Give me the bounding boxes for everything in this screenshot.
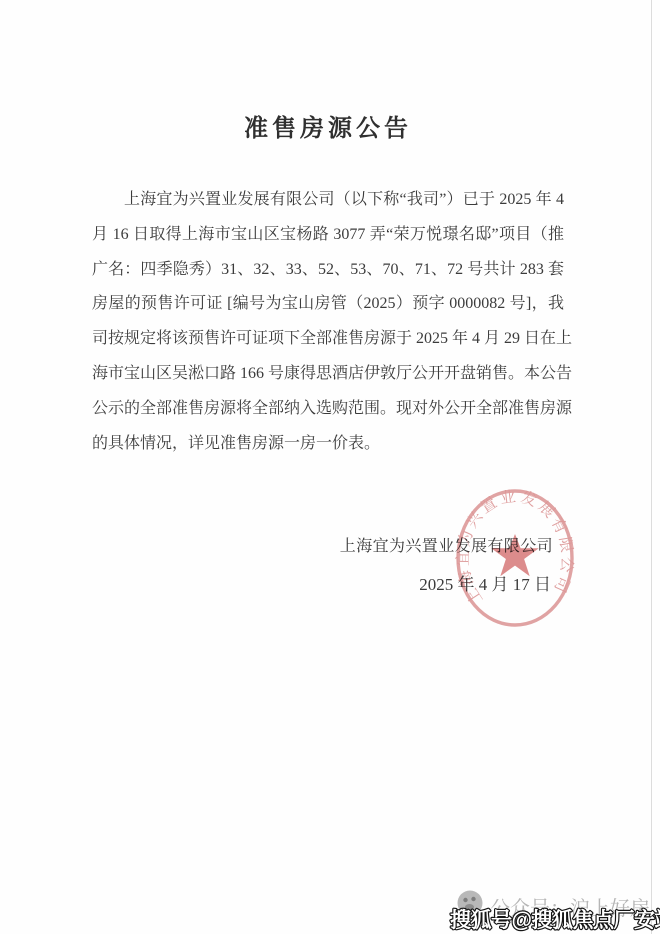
document-date: 2025 年 4 月 17 日 bbox=[419, 570, 551, 595]
body-line: 的具体情况，详见准售房源一房一价表。 bbox=[92, 427, 564, 462]
company-seal-stamp: 上海宜为兴置业发展有限公司 bbox=[440, 478, 590, 643]
body-line: 广名：四季隐秀）31、32、33、52、53、70、71、72 号共计 283 … bbox=[92, 253, 564, 288]
body-line: 房屋的预售许可证 [编号为宝山房管（2025）预字 0000082 号]，我 bbox=[92, 287, 564, 322]
seal-ring bbox=[458, 491, 572, 625]
scanned-document-page: 准售房源公告 上海宜为兴置业发展有限公司（以下称“我司”）已于 2025 年 4… bbox=[0, 0, 660, 934]
body-line: 上海宜为兴置业发展有限公司（以下称“我司”）已于 2025 年 4 bbox=[92, 183, 564, 218]
document-body: 上海宜为兴置业发展有限公司（以下称“我司”）已于 2025 年 4 月 16 日… bbox=[92, 183, 564, 461]
body-line: 司按规定将该预售许可证项下全部准售房源于 2025 年 4 月 29 日在上 bbox=[92, 322, 564, 357]
scan-page-edge-line bbox=[651, 0, 652, 934]
body-line: 海市宝山区吴淞口路 166 号康得思酒店伊敦厅公开开盘销售。本公告 bbox=[92, 357, 564, 392]
document-title: 准售房源公告 bbox=[92, 108, 564, 143]
company-signature: 上海宜为兴置业发展有限公司 bbox=[340, 533, 553, 556]
body-line: 公示的全部准售房源将全部纳入选购范围。现对外公开全部准售房源 bbox=[92, 392, 564, 427]
watermark-bar: 公众号：沪上好房 搜狐号@搜狐焦点厂安站 bbox=[0, 884, 660, 934]
sohu-watermark-label: 搜狐号@搜狐焦点厂安站 bbox=[450, 908, 660, 932]
sohu-watermark: 搜狐号@搜狐焦点厂安站 bbox=[448, 902, 660, 934]
body-line: 月 16 日取得上海市宝山区宝杨路 3077 弄“荣万悦璟名邸”项目（推 bbox=[92, 218, 564, 253]
